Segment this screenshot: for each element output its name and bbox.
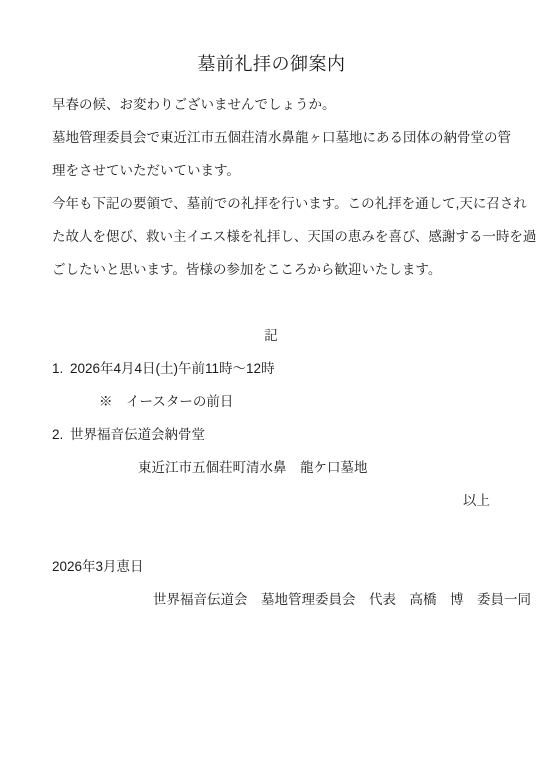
intro-line-5: た故人を偲び、救い主イエス様を礼拝し、天国の恵みを喜び、感謝する一時を過: [52, 220, 490, 253]
list-item-2: 2.世界福音伝道会納骨堂: [52, 418, 490, 451]
intro-line-3: 理をさせていただいています。: [52, 154, 490, 187]
document-page: 墓前礼拝の御案内 早春の候、お変わりございませんでしょうか。 墓地管理委員会で東…: [0, 0, 543, 768]
signature-line: 世界福音伝道会 墓地管理委員会 代表 高橋 博 委員一同: [52, 583, 490, 616]
intro-line-1: 早春の候、お変わりございませんでしょうか。: [52, 88, 490, 121]
list-item-1-number: 1.: [52, 352, 70, 385]
intro-line-2: 墓地管理委員会で東近江市五個荘清水鼻龍ヶ口墓地にある団体の納骨堂の管: [52, 121, 490, 154]
list-item-2-number: 2.: [52, 418, 70, 451]
intro-line-6: ごしたいと思います。皆様の参加をこころから歓迎いたします。: [52, 253, 490, 286]
closing-label: 以上: [52, 484, 490, 517]
record-heading: 記: [52, 319, 490, 352]
list-item-1: 1.2026年4月4日(土)午前11時～12時: [52, 352, 490, 385]
intro-line-4: 今年も下記の要領で、墓前での礼拝を行います。この礼拝を通して,天に召され: [52, 187, 490, 220]
list-item-1-text: 2026年4月4日(土)午前11時～12時: [70, 361, 275, 376]
spacer-line: [52, 286, 490, 319]
list-item-2-text: 世界福音伝道会納骨堂: [70, 427, 205, 442]
list-item-2-address: 東近江市五個荘町清水鼻 龍ケ口墓地: [52, 451, 490, 484]
date-line: 2026年3月恵日: [52, 550, 490, 583]
page-title: 墓前礼拝の御案内: [0, 50, 543, 78]
list-item-1-note: ※ イースターの前日: [52, 385, 490, 418]
spacer-line: [52, 517, 490, 550]
document-body: 早春の候、お変わりございませんでしょうか。 墓地管理委員会で東近江市五個荘清水鼻…: [52, 88, 490, 616]
